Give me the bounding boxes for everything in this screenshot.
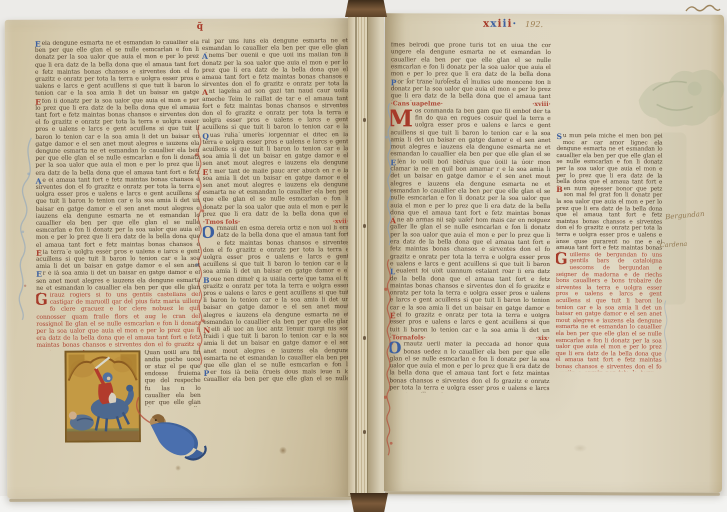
gutter-page-edges (356, 16, 367, 496)
chapter-number: ·xviii· (532, 101, 550, 108)
illuminated-initial: E (35, 98, 42, 105)
illuminated-initial: P (204, 370, 211, 377)
manuscript-paragraph: Quas ruha umeres lorgenniar el ditec en … (202, 132, 348, 169)
parchment-stain (513, 294, 584, 424)
illuminated-initial: A (36, 177, 43, 184)
illuminated-initial: G (555, 252, 569, 267)
illuminated-initial: E (390, 312, 397, 319)
illuminated-initial: E (203, 168, 210, 175)
illuminated-initial: S (556, 133, 562, 140)
manuscript-paragraph: Er e la soa amia li det un baisar en gat… (36, 270, 200, 292)
illuminated-initial: L (390, 269, 396, 276)
ink-stain (279, 446, 287, 454)
illuminated-initial: O (203, 226, 217, 241)
illuminated-initial: E (390, 159, 397, 166)
manuscript-paragraph: Quan uoill ara fin andia puche uoce or s… (144, 349, 200, 407)
illuminated-initial: M (390, 108, 415, 129)
running-mark: q̃ (197, 22, 203, 32)
manuscript-paragraph: E fon li donatz per la soa ualor que aui… (35, 97, 199, 177)
gutter-fold-right (367, 16, 384, 496)
binding-spine-bottom (350, 493, 388, 512)
manuscript-photo: q̃ Eela dengune esmarta ne et esmandan l… (0, 0, 727, 512)
manuscript-paragraph: Et mer tant de malle pauc arer abuch en … (203, 168, 349, 219)
rubric-paragraph: Girauz rogiers si fo uns gentils castell… (36, 292, 200, 350)
sewing-hole (363, 430, 366, 434)
miniature-knight-scene (64, 350, 140, 442)
folio-number: xxiii· 192. (483, 18, 543, 30)
left-column-a: Eela dengune esmarta ne et esmandan lo c… (35, 40, 201, 442)
manuscript-paragraph: anse quse gurarent no me e el amaua tant… (556, 239, 662, 253)
manuscript-paragraph: E la terra e uolgra esser pros e ualens … (36, 249, 200, 271)
sewing-hole (363, 118, 366, 122)
folio-number-roman: xxiii· (483, 18, 517, 30)
illuminated-initial: Q (202, 132, 210, 139)
sewing-hole (363, 336, 366, 340)
binding-spine-top (345, 0, 387, 17)
manuscript-paragraph: Mos conmanda fa ben gam que fil embof de… (390, 108, 550, 160)
sewing-hole (363, 224, 366, 228)
illuminated-initial: B (556, 186, 563, 193)
manuscript-paragraph: Nelli ab uoc an uoc antz Tenuir margi ni… (203, 326, 349, 370)
illuminated-initial: E (36, 249, 43, 256)
folio-roman-letter: x (490, 18, 497, 30)
manuscript-paragraph: Boue nen dimer q la uialla certe que tam… (203, 276, 349, 327)
corner-sketch (628, 60, 724, 140)
illuminated-initial: E (35, 41, 42, 48)
manuscript-paragraph: Anems ber ouenil e que uoil ins mallan f… (202, 53, 348, 90)
margin-annotation: Cardena (660, 241, 687, 249)
right-page: xxiii· 192. fmes belrodi que prone turis… (383, 13, 724, 492)
manuscript-paragraph: fmes belrodi que prone turis tot en uiua… (391, 42, 551, 79)
left-column-b: ral par uns luns ela dengune esmarta ne … (202, 38, 350, 384)
manuscript-paragraph: Per fois la bella cruels dous mals leue … (204, 369, 350, 384)
manuscript-paragraph: Ane ab armas nil sap ualer hom mais car … (390, 217, 550, 269)
chapter-number: ·xvii· (333, 218, 349, 225)
illuminated-initial: O (389, 342, 403, 357)
illuminated-initial: A (390, 217, 397, 224)
manuscript-paragraph: Ae el amaua tant fort e fetz maintas bon… (36, 177, 200, 250)
folio-number-arabic: 192. (525, 20, 543, 29)
manuscript-paragraph: Ornnaull en esma derela ortiz e non uol … (203, 225, 349, 276)
left-page: q̃ Eela dengune esmarta ne et esmandan l… (5, 18, 354, 499)
miniature-frame (64, 350, 140, 442)
illuminated-initial: B (203, 276, 210, 283)
folio-roman-letter: · (513, 18, 518, 30)
gutter-crease (367, 14, 369, 498)
manuscript-paragraph: ral par uns luns ela dengune esmarta ne … (202, 38, 348, 53)
rubric-label: ·Cans uapelme· (391, 101, 443, 109)
illuminated-initial: G (36, 293, 50, 308)
illuminated-initial: N (203, 327, 211, 334)
manuscript-paragraph: Ben num agesser bonor que petz son mal f… (556, 186, 662, 239)
miniature-block: Quan uoill ara fin andia puche uoce or s… (36, 349, 200, 442)
manuscript-paragraph: Su mun pela miche el men bon pel moc ar … (556, 133, 662, 186)
margin-annotation: Bergundan (665, 210, 705, 221)
manuscript-paragraph: Eela dengune esmarta ne et esmandan lo c… (35, 40, 199, 98)
rubric-label: ·Tornafols· (390, 334, 426, 341)
manuscript-paragraph: Elen lo uoill bon bedruis que uoill la u… (390, 159, 550, 218)
manuscript-paragraph: Ant lagema ad son gazl tan naud caur uol… (202, 89, 348, 133)
illuminated-initial: P (391, 79, 398, 86)
illuminated-initial: A (202, 53, 209, 60)
manuscript-paragraph: Por lor trane lurolesta el mulles ude mo… (391, 79, 551, 102)
manuscript-paragraph: Leualent fol uolt uiannum estalant roar … (390, 269, 550, 313)
gutter-crease (355, 14, 357, 498)
parchment-stain (573, 444, 587, 452)
illuminated-initial: A (202, 89, 209, 96)
illuminated-initial: E (36, 271, 43, 278)
ink-stain (175, 465, 181, 471)
